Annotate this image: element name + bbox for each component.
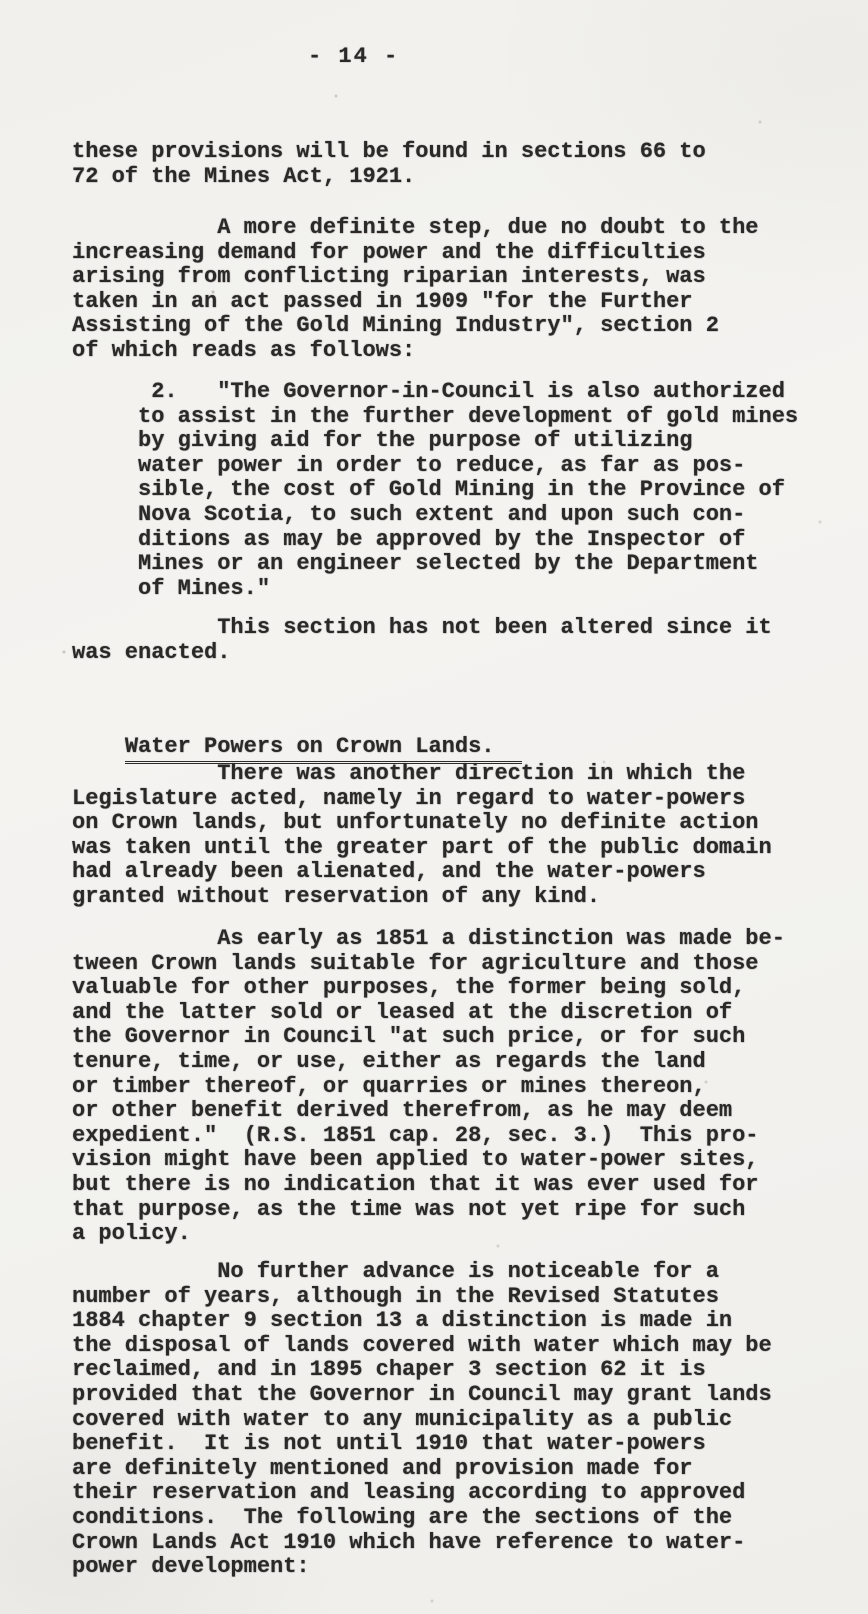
paragraph-mines-act: these provisions will be found in sectio…	[72, 140, 706, 189]
scanned-document-page: - 14 - these provisions will be found in…	[0, 0, 868, 1614]
paragraph-no-further-advance: No further advance is noticeable for a n…	[72, 1260, 772, 1580]
paragraph-not-altered: This section has not been altered since …	[72, 616, 772, 665]
paragraph-another-direction: There was another direction in which the…	[72, 762, 772, 910]
blockquote-section-2: 2. "The Governor-in-Council is also auth…	[72, 380, 798, 601]
section-heading-text: Water Powers on Crown Lands.	[125, 735, 523, 765]
paragraph-early-distinction: As early as 1851 a distinction was made …	[72, 927, 785, 1247]
page-number: - 14 -	[308, 44, 399, 69]
paragraph-definite-step: A more definite step, due no doubt to th…	[72, 216, 759, 364]
